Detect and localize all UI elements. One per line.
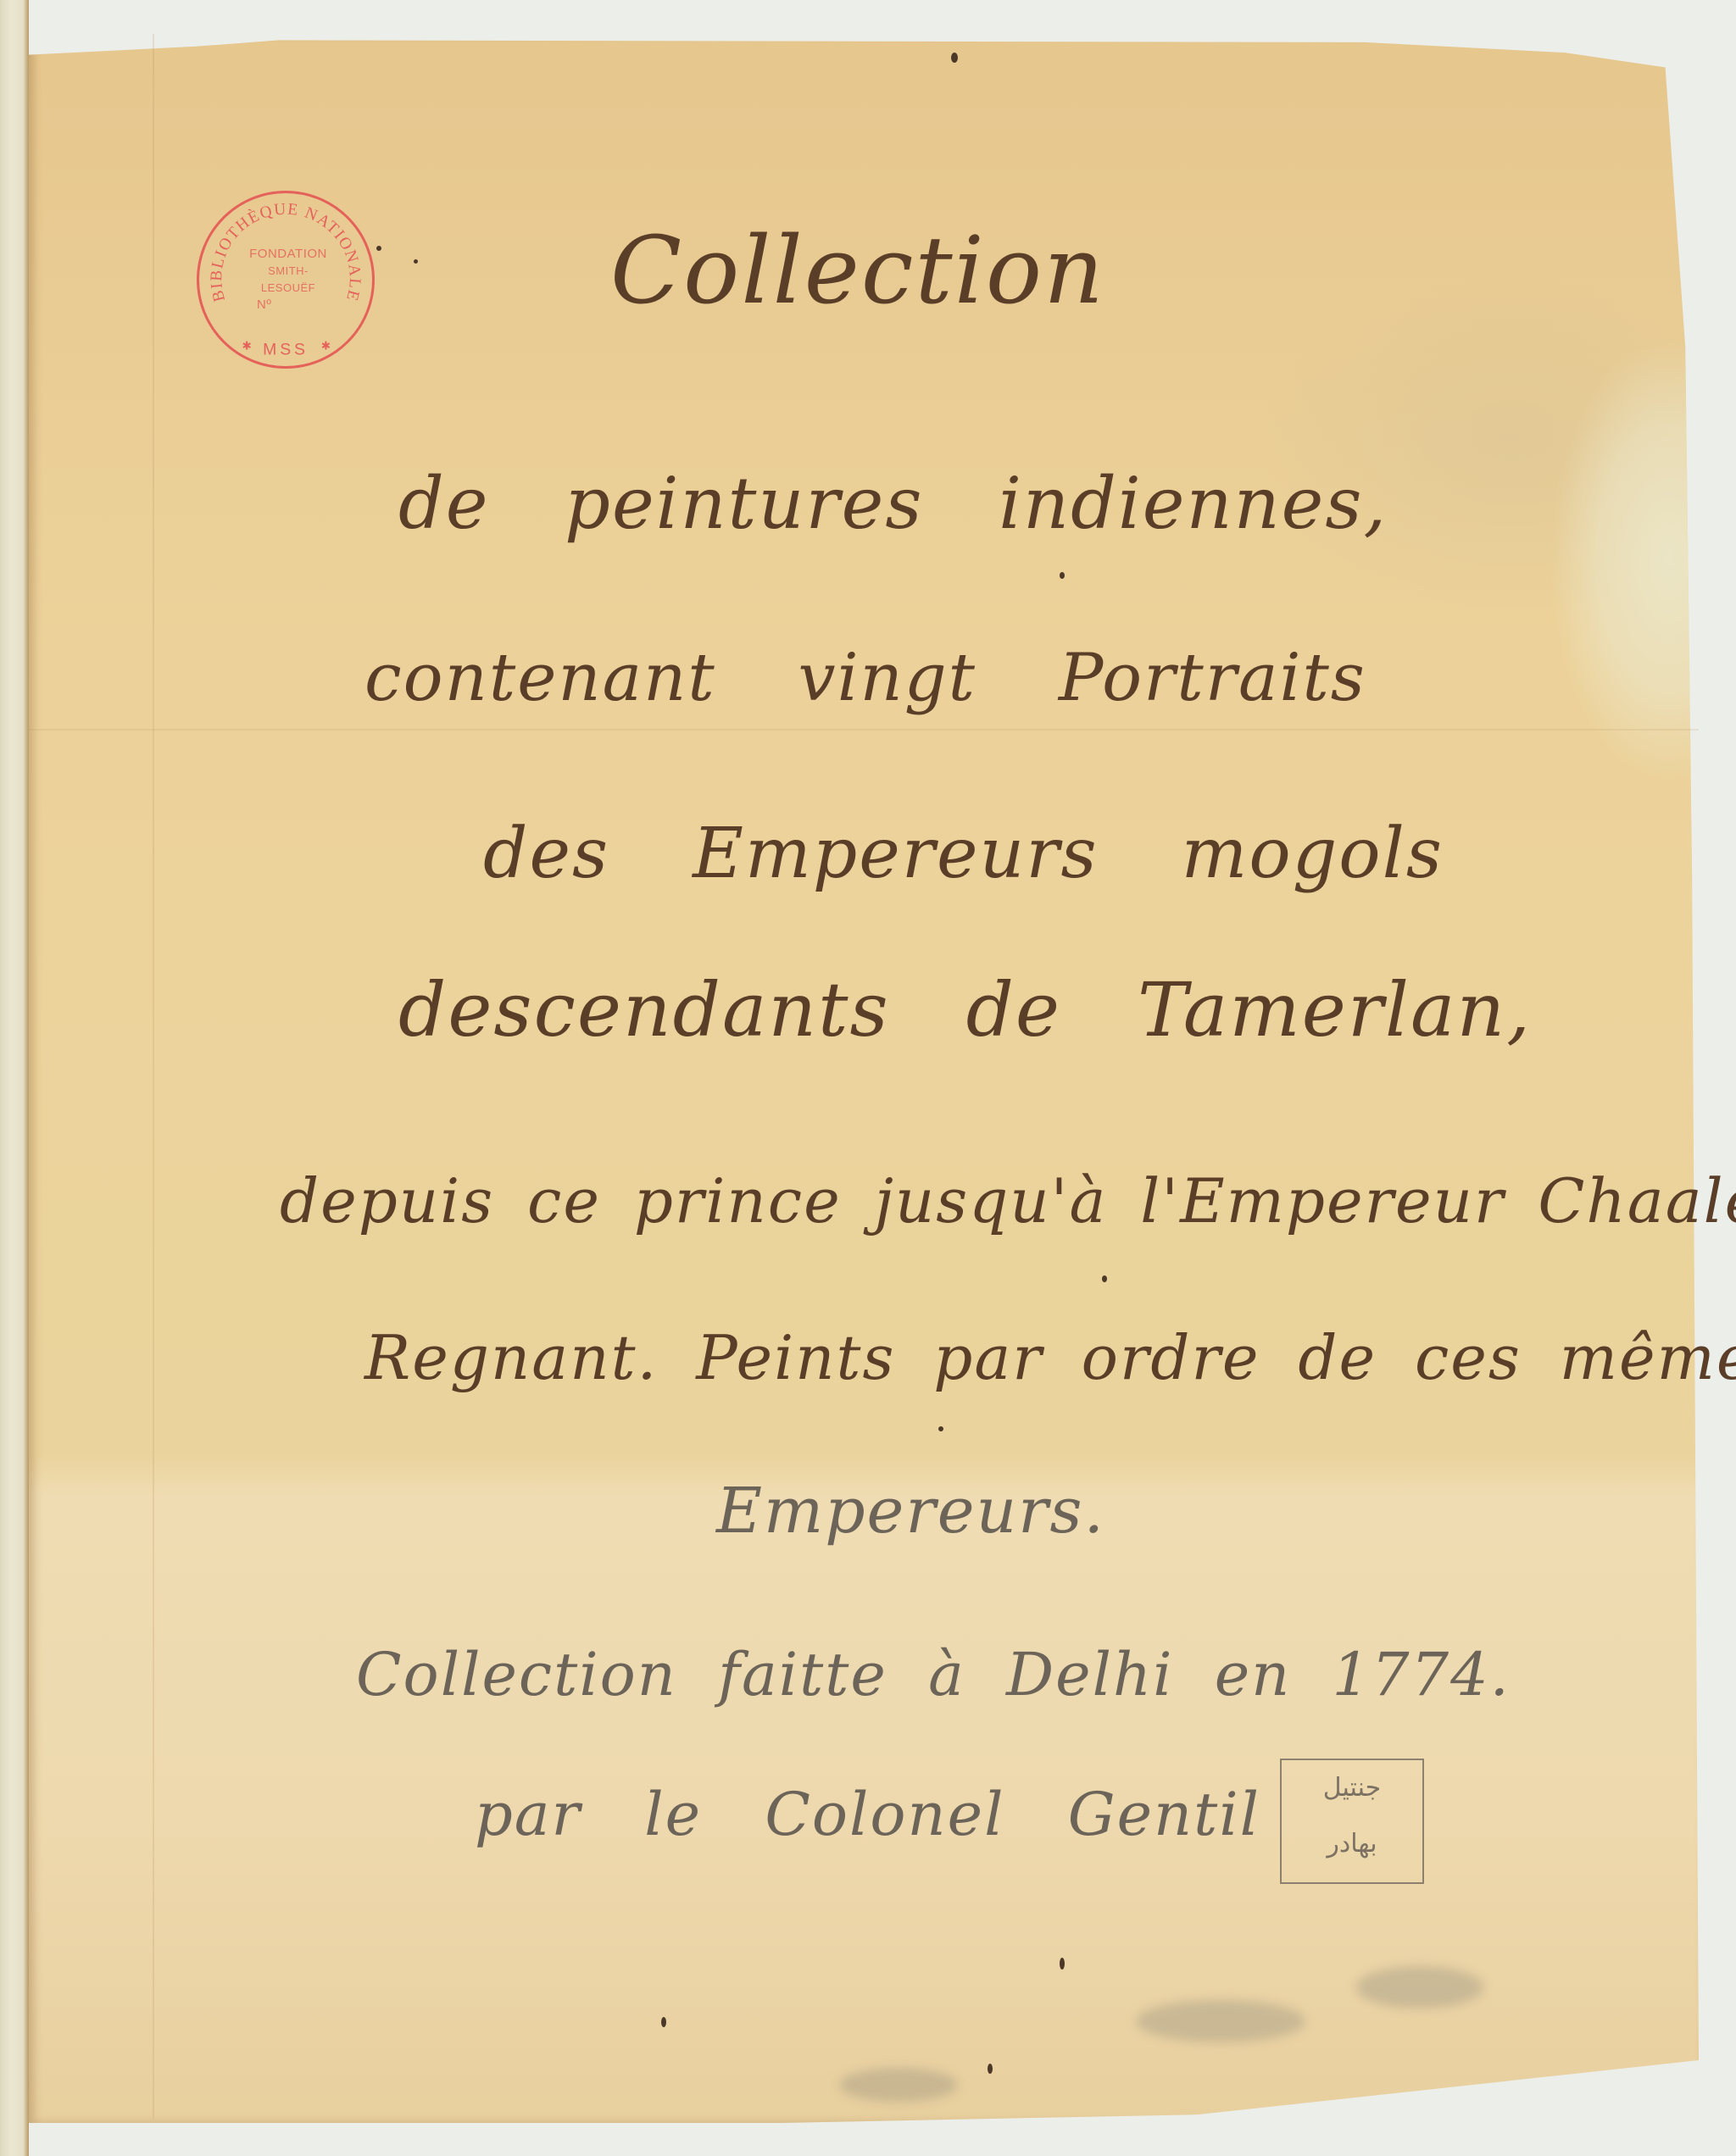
water-stain [1136,2000,1305,2042]
title-collection: Collection [610,216,1105,325]
ink-speck [1102,1275,1107,1282]
title-line-peintures: de peintures indiennes, [398,462,1388,545]
svg-text:✱: ✱ [321,340,331,353]
ink-speck [661,2017,666,2027]
title-line-chaalem: depuis ce prince jusqu'à l'Empereur Chaa… [280,1165,1736,1236]
colophon-delhi-1774: Collection faitte à Delhi en 1774. [356,1640,1511,1709]
book-binding-edge [0,0,29,2156]
water-stain [839,2068,958,2102]
ink-speck [938,1426,943,1431]
library-stamp-icon: BIBLIOTHÈQUE NATIONALE MSS ✱ ✱ FONDATION… [197,191,375,369]
colophon-colonel-gentil: par le Colonel Gentil [475,1780,1260,1849]
stamp-line-fondation: FONDATION [242,246,335,263]
title-line-tamerlan: descendants de Tamerlan, [398,966,1532,1053]
ink-speck [988,2064,993,2074]
water-stain [1356,1966,1483,2009]
title-line-contenant: contenant vingt Portraits [364,640,1366,716]
title-line-empereurs-mogols: des Empereurs mogols [483,814,1444,894]
vertical-fold-line [153,34,154,2119]
svg-text:✱: ✱ [242,340,252,353]
title-line-empereurs: Empereurs. [716,1475,1105,1548]
ink-speck [951,53,958,63]
horizontal-crease [29,729,1699,731]
stamp-line-number: Nº [242,297,335,314]
stamp-ring-bottom: MSS [263,340,309,358]
stamp-line-smith-lesouef: SMITH-LESOUËF [242,263,335,297]
title-line-regnant: Regnant. Peints par ordre de ces mêmes [364,1322,1736,1393]
seal-row-2: ﺑﻬﺎﺩﺭ [1282,1816,1422,1872]
ink-speck [414,259,418,264]
seal-row-1: ﺟﻨﺘﻴﻞ [1282,1760,1422,1816]
ink-speck [376,246,381,251]
ink-speck [1060,572,1065,579]
persian-seal-icon: ﺟﻨﺘﻴﻞ ﺑﻬﺎﺩﺭ [1280,1759,1424,1884]
ink-speck [1060,1958,1065,1970]
